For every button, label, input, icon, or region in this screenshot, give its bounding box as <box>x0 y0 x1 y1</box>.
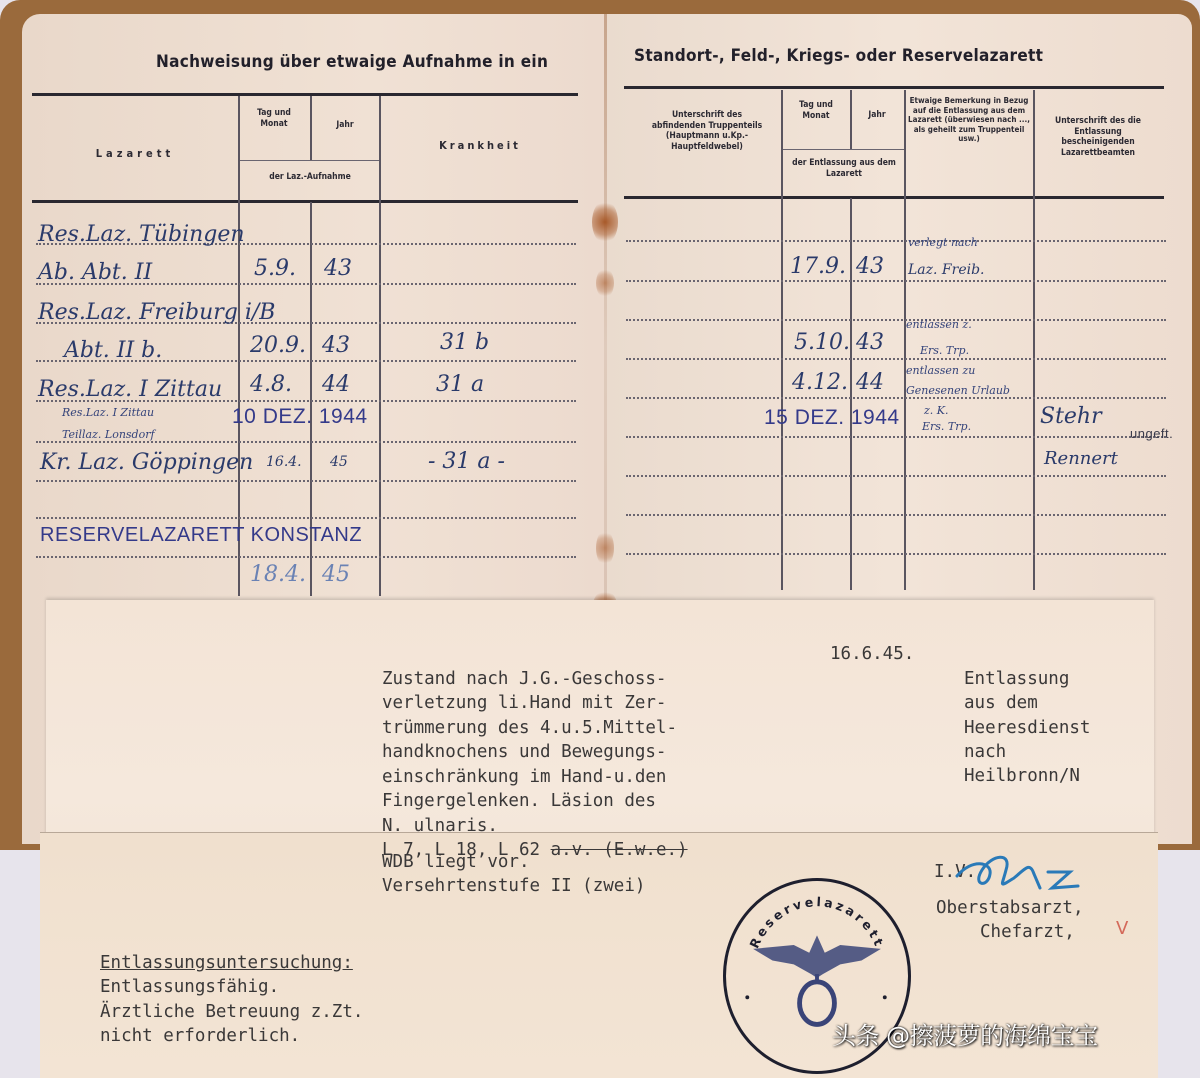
signature-note: ungeft. <box>1130 426 1173 441</box>
header-top-rule <box>32 93 578 96</box>
entry-jahr: 44 <box>322 372 350 397</box>
row-line <box>36 517 576 519</box>
entry-jahr: 43 <box>856 330 884 355</box>
entry-jahr: 43 <box>322 333 350 358</box>
header-tag-monat: Tag und Monat <box>244 108 304 129</box>
entry-tag-monat: 20.9. <box>250 333 306 358</box>
diagnosis-line: Fingergelenken. Läsion des <box>382 789 688 814</box>
diagnosis-line: Zustand nach J.G.-Geschoss- <box>382 667 688 692</box>
codes-struck: a.v. (E.w.e.) <box>551 840 688 860</box>
discharge-line: aus dem <box>964 691 1090 716</box>
discharge-place: Heilbronn/N <box>964 764 1080 789</box>
header-top-rule <box>624 86 1164 89</box>
discharge-date-stamp: 15 DEZ. 1944 <box>764 406 900 430</box>
subheader-divider <box>240 160 379 161</box>
entry-jahr: 43 <box>856 254 884 279</box>
diagnosis-line: N. ulnaris. <box>382 814 688 839</box>
entry-tag-monat: 16.4. <box>266 454 302 470</box>
entry-bemerkung: verlegt nach <box>908 236 978 249</box>
row-line <box>626 553 1166 555</box>
entry-lazarett: Res.Laz. Freiburg i/B <box>38 300 275 325</box>
entry-lazarett: Res.Laz. I Zittau <box>38 377 222 402</box>
subheader-divider <box>783 149 904 150</box>
admission-date-stamp: 10 DEZ. 1944 <box>232 405 368 429</box>
header-tag-monat: Tag und Monat <box>786 100 846 121</box>
entry-lazarett: Kr. Laz. Göppingen <box>40 450 253 475</box>
entry-krankheit: 31 b <box>440 330 489 355</box>
entry-lazarett: Ab. Abt. II <box>38 260 152 285</box>
entry-jahr: 44 <box>856 370 884 395</box>
rust-stain <box>592 200 618 244</box>
entry-bemerkung: Ers. Trp. <box>920 344 969 357</box>
row-line <box>626 280 1166 282</box>
row-line <box>626 475 1166 477</box>
exam-heading: Entlassungsuntersuchung: <box>100 951 363 976</box>
chief-physician-signature <box>952 848 1102 898</box>
entry-krankheit: - 31 a - <box>428 449 505 474</box>
row-line <box>36 556 576 558</box>
diagnosis-line: handknochens und Bewegungs- <box>382 740 688 765</box>
wdb-line: WDB liegt vor. <box>382 850 530 875</box>
header-lazarett: Lazarett <box>60 148 210 160</box>
discharge-line: nach <box>964 740 1090 765</box>
entry-bemerkung: entlassen zu <box>906 364 975 377</box>
header-bottom-rule <box>624 196 1164 199</box>
row-line <box>626 397 1166 399</box>
row-line <box>626 514 1166 516</box>
source-watermark: 头条 @擦菠萝的海绵宝宝 <box>832 1016 1098 1051</box>
entry-krankheit: 31 a <box>436 372 484 397</box>
column-divider <box>379 96 381 596</box>
check-mark: V <box>1116 918 1128 939</box>
header-bemerkung: Etwaige Bemerkung in Bezug auf die Entla… <box>906 96 1032 144</box>
entry-tag-monat: 4.8. <box>250 372 292 397</box>
discharge-line: Heeresdienst <box>964 716 1090 741</box>
right-page-title: Standort-, Feld-, Kriegs- oder Reservela… <box>634 46 1043 66</box>
official-signature: Stehr <box>1040 404 1102 429</box>
header-der-entlassung: der Entlassung aus dem Lazarett <box>786 158 902 179</box>
column-divider <box>238 96 240 596</box>
entry-tag-monat: 5.9. <box>254 256 296 281</box>
signatory-title-1: Oberstabsarzt, <box>936 896 1084 921</box>
entry-lazarett: Res.Laz. Tübingen <box>38 222 245 247</box>
entry-jahr: 45 <box>330 454 348 470</box>
entry-bemerkung: Laz. Freib. <box>908 262 985 278</box>
diagnosis-line: einschränkung im Hand-u.den <box>382 765 688 790</box>
exam-line: Entlassungsfähig. <box>100 975 363 1000</box>
header-unterschrift-beamter: Unterschrift des die Entlassung beschein… <box>1040 116 1156 158</box>
entry-tag-monat: 4.12. <box>792 370 848 395</box>
header-der-aufnahme: der Laz.-Aufnahme <box>242 172 378 183</box>
row-line <box>626 240 1166 242</box>
diagnosis-line: trümmerung des 4.u.5.Mittel- <box>382 716 688 741</box>
entry-lazarett-stamp: Teillaz. Lonsdorf <box>62 428 155 441</box>
row-line <box>626 436 1166 438</box>
column-divider <box>850 198 852 590</box>
entry-bemerkung: Ers. Trp. <box>922 420 971 433</box>
left-page-title: Nachweisung über etwaige Aufnahme in ein <box>156 52 548 72</box>
header-unterschrift-truppenteil: Unterschrift des abfindenden Truppenteil… <box>648 110 766 152</box>
row-line <box>626 358 1166 360</box>
entry-bemerkung: entlassen z. <box>906 318 972 331</box>
entry-bemerkung: Genesenen Urlaub <box>906 384 1010 397</box>
diagnosis-line: verletzung li.Hand mit Zer- <box>382 691 688 716</box>
row-line <box>36 480 576 482</box>
konstanz-stamp: RESERVELAZARETT KONSTANZ <box>40 524 362 547</box>
entry-jahr: 45 <box>322 562 350 587</box>
entry-tag-monat: 18.4. <box>250 562 306 587</box>
exam-line: nicht erforderlich. <box>100 1024 363 1049</box>
row-line <box>626 319 1166 321</box>
header-jahr: Jahr <box>312 120 378 131</box>
discharge-line: Entlassung <box>964 667 1090 692</box>
header-jahr: Jahr <box>852 110 902 121</box>
entry-bemerkung: z. K. <box>924 404 949 417</box>
entry-jahr: 43 <box>324 256 352 281</box>
exam-line: Ärztliche Betreuung z.Zt. <box>100 1000 363 1025</box>
official-name: Rennert <box>1044 448 1118 469</box>
entry-tag-monat: 17.9. <box>790 254 846 279</box>
signatory-title-2: Chefarzt, <box>980 920 1075 945</box>
header-bottom-rule <box>32 200 578 203</box>
rust-stain <box>596 530 614 566</box>
versehrtenstufe-line: Versehrtenstufe II (zwei) <box>382 874 645 899</box>
discharge-date: 16.6.45. <box>830 642 914 667</box>
rust-stain <box>596 268 614 298</box>
entry-lazarett-stamp: Res.Laz. I Zittau <box>62 406 154 419</box>
exam-section: Entlassungsuntersuchung:Entlassungsfähig… <box>100 926 363 1073</box>
entry-tag-monat: 5.10. <box>794 330 850 355</box>
entry-lazarett: Abt. II b. <box>64 338 162 363</box>
header-krankheit: Krankheit <box>382 140 578 152</box>
row-line <box>36 441 576 443</box>
